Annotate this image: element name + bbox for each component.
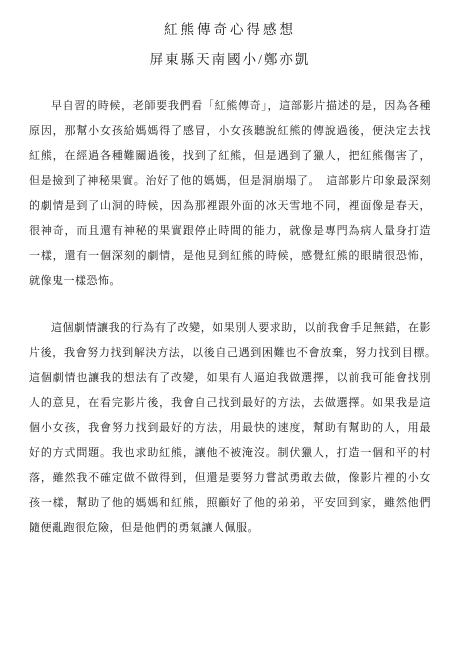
essay-byline: 屏東縣天南國小/鄭亦凱: [29, 52, 431, 68]
essay-paragraph-1: 早自習的時候，老師要我們看「紅熊傳奇」，這部影片描述的是，因為各種原因，那幫小女…: [29, 94, 431, 294]
essay-body: 早自習的時候，老師要我們看「紅熊傳奇」，這部影片描述的是，因為各種原因，那幫小女…: [29, 94, 431, 541]
document-page: 紅熊傳奇心得感想 屏東縣天南國小/鄭亦凱 早自習的時候，老師要我們看「紅熊傳奇」…: [0, 0, 458, 648]
essay-title: 紅熊傳奇心得感想: [29, 22, 431, 38]
essay-paragraph-2: 這個劇情讓我的行為有了改變，如果別人要求助，以前我會手足無錯，在影片後，我會努力…: [29, 316, 431, 541]
